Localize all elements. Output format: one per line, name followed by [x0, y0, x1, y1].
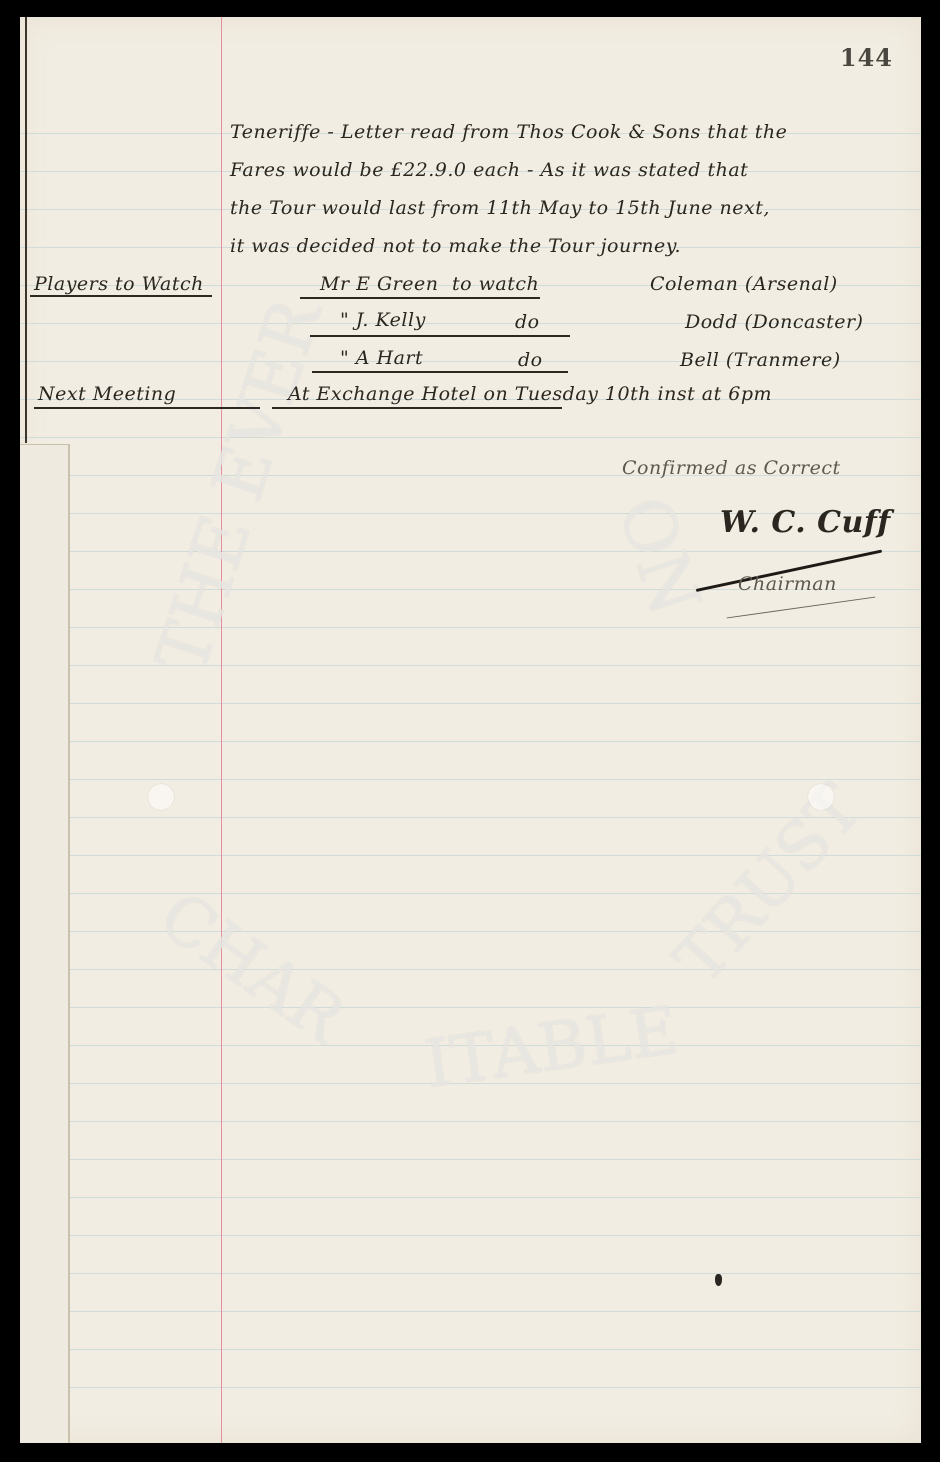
next-meeting-text: At Exchange Hotel on Tuesday 10th inst a… [288, 383, 772, 405]
tenerife-line-3: the Tour would last from 11th May to 15t… [230, 197, 770, 219]
page-number: 144 [840, 43, 893, 72]
players-to-watch-heading: Players to Watch [34, 273, 204, 295]
heading-underline [34, 407, 260, 409]
watch-row-2-player: Dodd (Doncaster) [685, 311, 863, 333]
watermark-bottom-mid: ITABLE [420, 992, 683, 1104]
watch-row-3-action: do [518, 349, 543, 371]
ruled-line [20, 1197, 921, 1198]
ruled-line [20, 1273, 921, 1274]
ruled-line [20, 779, 921, 780]
watermark-top-left: THE EVER [140, 289, 337, 682]
ruled-line [20, 931, 921, 932]
watch-row-2-action: do [515, 311, 540, 333]
ruled-line [20, 1007, 921, 1008]
watermark-bottom-right: TRUST [660, 770, 877, 999]
torn-page-stub [20, 444, 70, 1443]
row-underline [300, 297, 540, 299]
binding-line [25, 17, 27, 443]
red-margin-line [221, 17, 222, 1443]
watch-row-2-person: " J. Kelly [340, 309, 426, 331]
ruled-line [20, 855, 921, 856]
ruled-line [20, 665, 921, 666]
watch-row-3-player: Bell (Tranmere) [680, 349, 841, 371]
tenerife-line-1: Teneriffe - Letter read from Thos Cook &… [230, 121, 787, 143]
ink-blot [715, 1274, 722, 1286]
chairman-title: Chairman [738, 573, 837, 595]
watermark-dot-right [808, 784, 834, 810]
confirmed-as-correct: Confirmed as Correct [622, 457, 841, 479]
watermark-dot-left [148, 784, 174, 810]
watermark-bottom-left: CHAR [146, 877, 358, 1058]
ruled-line [20, 817, 921, 818]
ruled-line [20, 1387, 921, 1388]
ruled-line [20, 1311, 921, 1312]
ruled-line [20, 1121, 921, 1122]
ruled-line [20, 969, 921, 970]
watermark-top-right: ON [602, 487, 717, 625]
ruled-line [20, 1045, 921, 1046]
ruled-line [20, 741, 921, 742]
ruled-line [20, 1159, 921, 1160]
row-underline [312, 371, 568, 373]
ruled-line [20, 437, 921, 438]
chairman-signature: W. C. Cuff [720, 505, 891, 540]
next-meeting-heading: Next Meeting [38, 383, 176, 405]
ruled-line [20, 1235, 921, 1236]
ruled-line [20, 1083, 921, 1084]
heading-underline [30, 295, 212, 297]
ruled-line [20, 703, 921, 704]
tenerife-line-2: Fares would be £22.9.0 each - As it was … [230, 159, 748, 181]
ruled-line [20, 551, 921, 552]
watch-row-1-action: to watch [452, 273, 539, 295]
ledger-page: THE EVER ON CHAR ITABLE TRUST 144 Teneri… [20, 17, 921, 1443]
row-underline [310, 335, 570, 337]
text-underline [272, 407, 562, 409]
watch-row-1-person: Mr E Green [320, 273, 438, 295]
tenerife-line-4: it was decided not to make the Tour jour… [230, 235, 681, 257]
ruled-line [20, 627, 921, 628]
ruled-line [20, 1349, 921, 1350]
ruled-line [20, 893, 921, 894]
watch-row-3-person: " A Hart [340, 347, 423, 369]
title-underline [727, 597, 876, 619]
watch-row-1-player: Coleman (Arsenal) [650, 273, 838, 295]
